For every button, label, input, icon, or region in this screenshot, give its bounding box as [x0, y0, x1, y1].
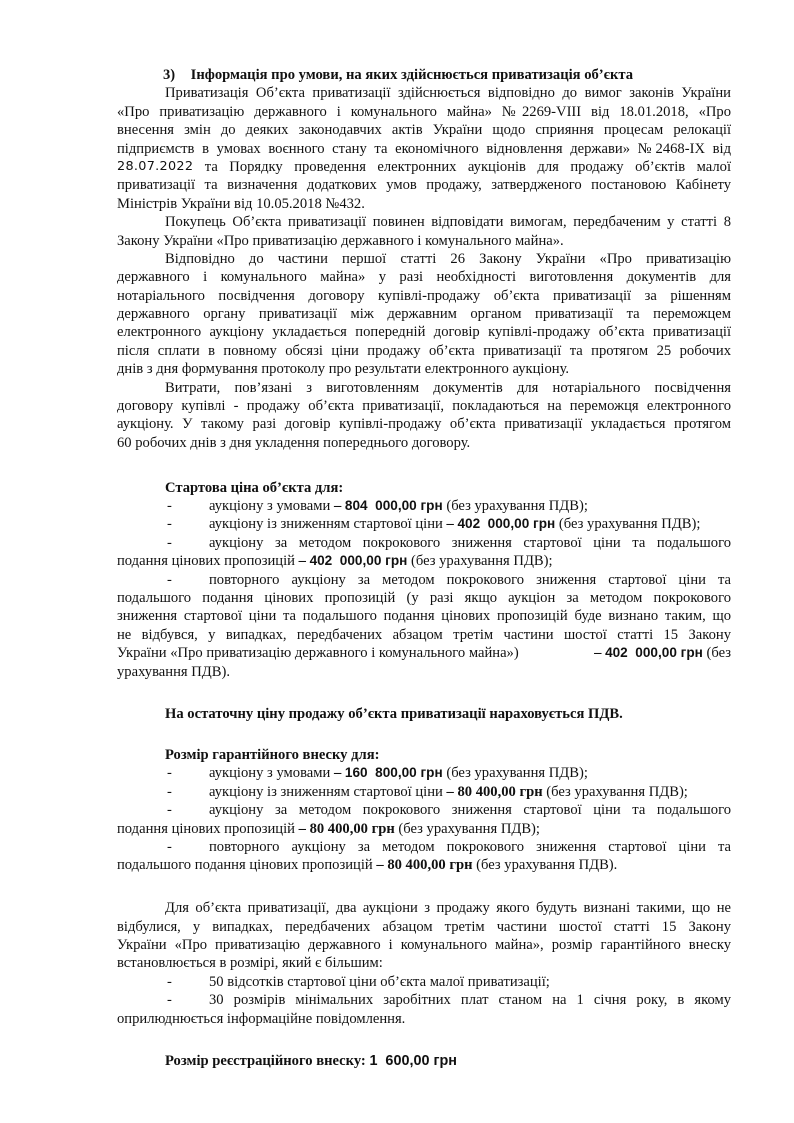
deposit-amount: 80 400,00 грн	[457, 784, 542, 800]
item-amount-group: – 402 000,00 грн (без	[594, 644, 731, 662]
item-text: повторного аукціону за методом покроково…	[209, 572, 731, 588]
deposit-amount: 80 400,00 грн	[310, 821, 395, 837]
text-line: Покупець Об’єкта приватизації повинен ві…	[117, 213, 731, 231]
spacer	[117, 724, 731, 742]
item-sep: –	[299, 821, 310, 837]
text-line: приватизації та визначення додаткових ум…	[117, 176, 731, 194]
section-title: Інформація про умови, на яких здійснюєть…	[191, 67, 633, 83]
text-fragment: та Порядку проведення електронних аукціо…	[193, 158, 731, 176]
registration-fee-amount: 1 600,00 грн	[369, 1053, 457, 1069]
text-line: Витрати, пов’язані з виготовленням докум…	[117, 379, 731, 397]
dash-bullet: -	[167, 783, 172, 801]
start-price-item-cont: подальшого подання цінових пропозицій (у…	[117, 589, 731, 607]
item-text: аукціону за методом покрокового зниження…	[209, 802, 731, 818]
text-line: Закону України «Про приватизацію державн…	[117, 232, 731, 250]
text-line: 60 робочих днів з дня укладення попередн…	[117, 434, 731, 452]
item-text: 30 розмірів мінімальних заробітних плат …	[209, 992, 731, 1008]
paragraph-preliminary-contract: Відповідно до частини першої статті 26 З…	[117, 250, 731, 379]
item-suffix: (без	[703, 645, 731, 661]
guarantee-item-cont: подальшого подання цінових пропозицій – …	[117, 856, 731, 874]
item-text: аукціону із зниженням стартової ціни	[209, 516, 447, 532]
dash-bullet: -	[167, 838, 172, 856]
text-line: 28.07.2022 та Порядку проведення електро…	[117, 158, 731, 176]
text-line: «Про приватизацію державного і комунальн…	[117, 103, 731, 121]
spacer	[117, 452, 731, 470]
registration-fee-label: Розмір реєстраційного внеску:	[165, 1053, 369, 1069]
guarantee-section: Розмір гарантійного внеску для: -аукціон…	[117, 746, 731, 875]
price-amount: 804 000,00 грн	[345, 498, 443, 513]
item-suffix: (без урахування ПДВ);	[407, 553, 552, 569]
law-date: 28.07.2022	[117, 158, 193, 176]
failed-auctions-item: -50 відсотків стартової ціни об’єкта мал…	[117, 973, 731, 991]
guarantee-item: -аукціону з умовами – 160 800,00 грн (бе…	[117, 764, 731, 782]
price-amount: 402 000,00 грн	[605, 645, 703, 660]
item-suffix: (без урахування ПДВ);	[443, 765, 588, 781]
failed-auctions-section: Для об’єкта приватизації, два аукціони з…	[117, 899, 731, 1028]
item-text: подання цінових пропозицій	[117, 553, 299, 569]
item-sep: –	[447, 516, 458, 532]
text-line: відбулися, у випадках, передбачених абза…	[117, 918, 731, 936]
dash-bullet: -	[167, 534, 172, 552]
text-line: Для об’єкта приватизації, два аукціони з…	[117, 899, 731, 917]
section-number: 3)	[163, 66, 187, 84]
item-suffix: (без урахування ПДВ).	[473, 857, 618, 873]
start-price-item: -аукціону із зниженням стартової ціни – …	[117, 515, 731, 533]
item-sep: –	[447, 784, 458, 800]
text-line: підприємств в умовах воєнного стану та е…	[117, 140, 731, 158]
price-amount: 402 000,00 грн	[310, 553, 408, 568]
dash-bullet: -	[167, 515, 172, 533]
start-price-heading: Стартова ціна об’єкта для:	[117, 479, 731, 497]
start-price-item-cont: урахування ПДВ).	[117, 663, 731, 681]
text-line: Приватизація Об’єкта приватизації здійсн…	[117, 84, 731, 102]
start-price-item-cont: України «Про приватизацію державного і к…	[117, 644, 731, 662]
item-sep: –	[334, 498, 345, 514]
document-page: 3) Інформація про умови, на яких здійсню…	[117, 66, 731, 1071]
paragraph-legal-basis: Приватизація Об’єкта приватизації здійсн…	[117, 84, 731, 213]
start-price-item-cont: не відбувся, у випадках, передбачених аб…	[117, 626, 731, 644]
item-suffix: (без урахування ПДВ);	[443, 498, 588, 514]
start-price-item-cont: подання цінових пропозицій – 402 000,00 …	[117, 552, 731, 570]
guarantee-item: -аукціону із зниженням стартової ціни – …	[117, 783, 731, 801]
text-line: державного органу приватизації між держа…	[117, 305, 731, 323]
item-sep: –	[376, 857, 387, 873]
dash-bullet: -	[167, 991, 172, 1009]
dash-bullet: -	[167, 497, 172, 515]
text-line: державного і комунального майна» у разі …	[117, 268, 731, 286]
paragraph-buyer-requirements: Покупець Об’єкта приватизації повинен ві…	[117, 213, 731, 250]
paragraph-notary-costs: Витрати, пов’язані з виготовленням докум…	[117, 379, 731, 453]
item-text: аукціону з умовами	[209, 765, 334, 781]
item-text: 50 відсотків стартової ціни об’єкта мало…	[209, 974, 550, 990]
item-text: України «Про приватизацію державного і к…	[117, 644, 522, 662]
item-suffix: (без урахування ПДВ);	[543, 784, 688, 800]
text-line: Відповідно до частини першої статті 26 З…	[117, 250, 731, 268]
text-line: внесення змін до деяких законодавчих акт…	[117, 121, 731, 139]
item-text: аукціону з умовами	[209, 498, 334, 514]
item-text: аукціону за методом покрокового зниження…	[209, 535, 731, 551]
start-price-item: -повторного аукціону за методом покроков…	[117, 571, 731, 589]
item-text: повторного аукціону за методом покроково…	[209, 839, 731, 855]
item-suffix: (без урахування ПДВ);	[395, 821, 540, 837]
dash-bullet: -	[167, 801, 172, 819]
spacer	[117, 1028, 731, 1046]
text-line: нотаріального посвідчення договору купів…	[117, 287, 731, 305]
start-price-item-cont: зниження стартової ціни та подальшого по…	[117, 607, 731, 625]
dash-bullet: -	[167, 973, 172, 991]
item-sep: –	[594, 645, 605, 661]
failed-auctions-item-cont: оприлюднюється інформаційне повідомлення…	[117, 1010, 731, 1028]
text-line: днів з дня формування протоколу про резу…	[117, 360, 731, 378]
failed-auctions-item: -30 розмірів мінімальних заробітних плат…	[117, 991, 731, 1009]
deposit-amount: 80 400,00 грн	[387, 857, 472, 873]
text-line: встановлюється в розмірі, який є більшим…	[117, 954, 731, 972]
section-heading: 3) Інформація про умови, на яких здійсню…	[117, 66, 731, 84]
spacer	[117, 471, 731, 479]
item-sep: –	[334, 765, 345, 781]
guarantee-item: -аукціону за методом покрокового зниженн…	[117, 801, 731, 819]
dash-bullet: -	[167, 764, 172, 782]
item-text: подання цінових пропозицій	[117, 821, 299, 837]
registration-fee: Розмір реєстраційного внеску: 1 600,00 г…	[117, 1052, 731, 1070]
text-line: аукціону. У такому разі договір купівлі-…	[117, 415, 731, 433]
item-text: аукціону із зниженням стартової ціни	[209, 784, 447, 800]
text-line: електронного аукціону укладається попере…	[117, 323, 731, 341]
item-text: подальшого подання цінових пропозицій	[117, 857, 376, 873]
text-line: України «Про приватизацію державного і к…	[117, 936, 731, 954]
dash-bullet: -	[167, 571, 172, 589]
guarantee-item: -повторного аукціону за методом покроков…	[117, 838, 731, 856]
start-price-item: -аукціону за методом покрокового зниженн…	[117, 534, 731, 552]
vat-note: На остаточну ціну продажу об’єкта приват…	[117, 705, 731, 723]
start-price-item: -аукціону з умовами – 804 000,00 грн (бе…	[117, 497, 731, 515]
deposit-amount: 160 800,00 грн	[345, 765, 443, 780]
text-line: після сплати в повному обсязі ціни прода…	[117, 342, 731, 360]
price-amount: 402 000,00 грн	[457, 516, 555, 531]
text-line: Міністрів України від 10.05.2018 №432.	[117, 195, 731, 213]
guarantee-heading: Розмір гарантійного внеску для:	[117, 746, 731, 764]
guarantee-item-cont: подання цінових пропозицій – 80 400,00 г…	[117, 820, 731, 838]
text-line: договору купівлі - продажу об’єкта прива…	[117, 397, 731, 415]
spacer	[117, 681, 731, 699]
item-suffix: (без урахування ПДВ);	[555, 516, 700, 532]
item-sep: –	[299, 553, 310, 569]
start-price-section: Стартова ціна об’єкта для: -аукціону з у…	[117, 479, 731, 681]
spacer	[117, 875, 731, 893]
